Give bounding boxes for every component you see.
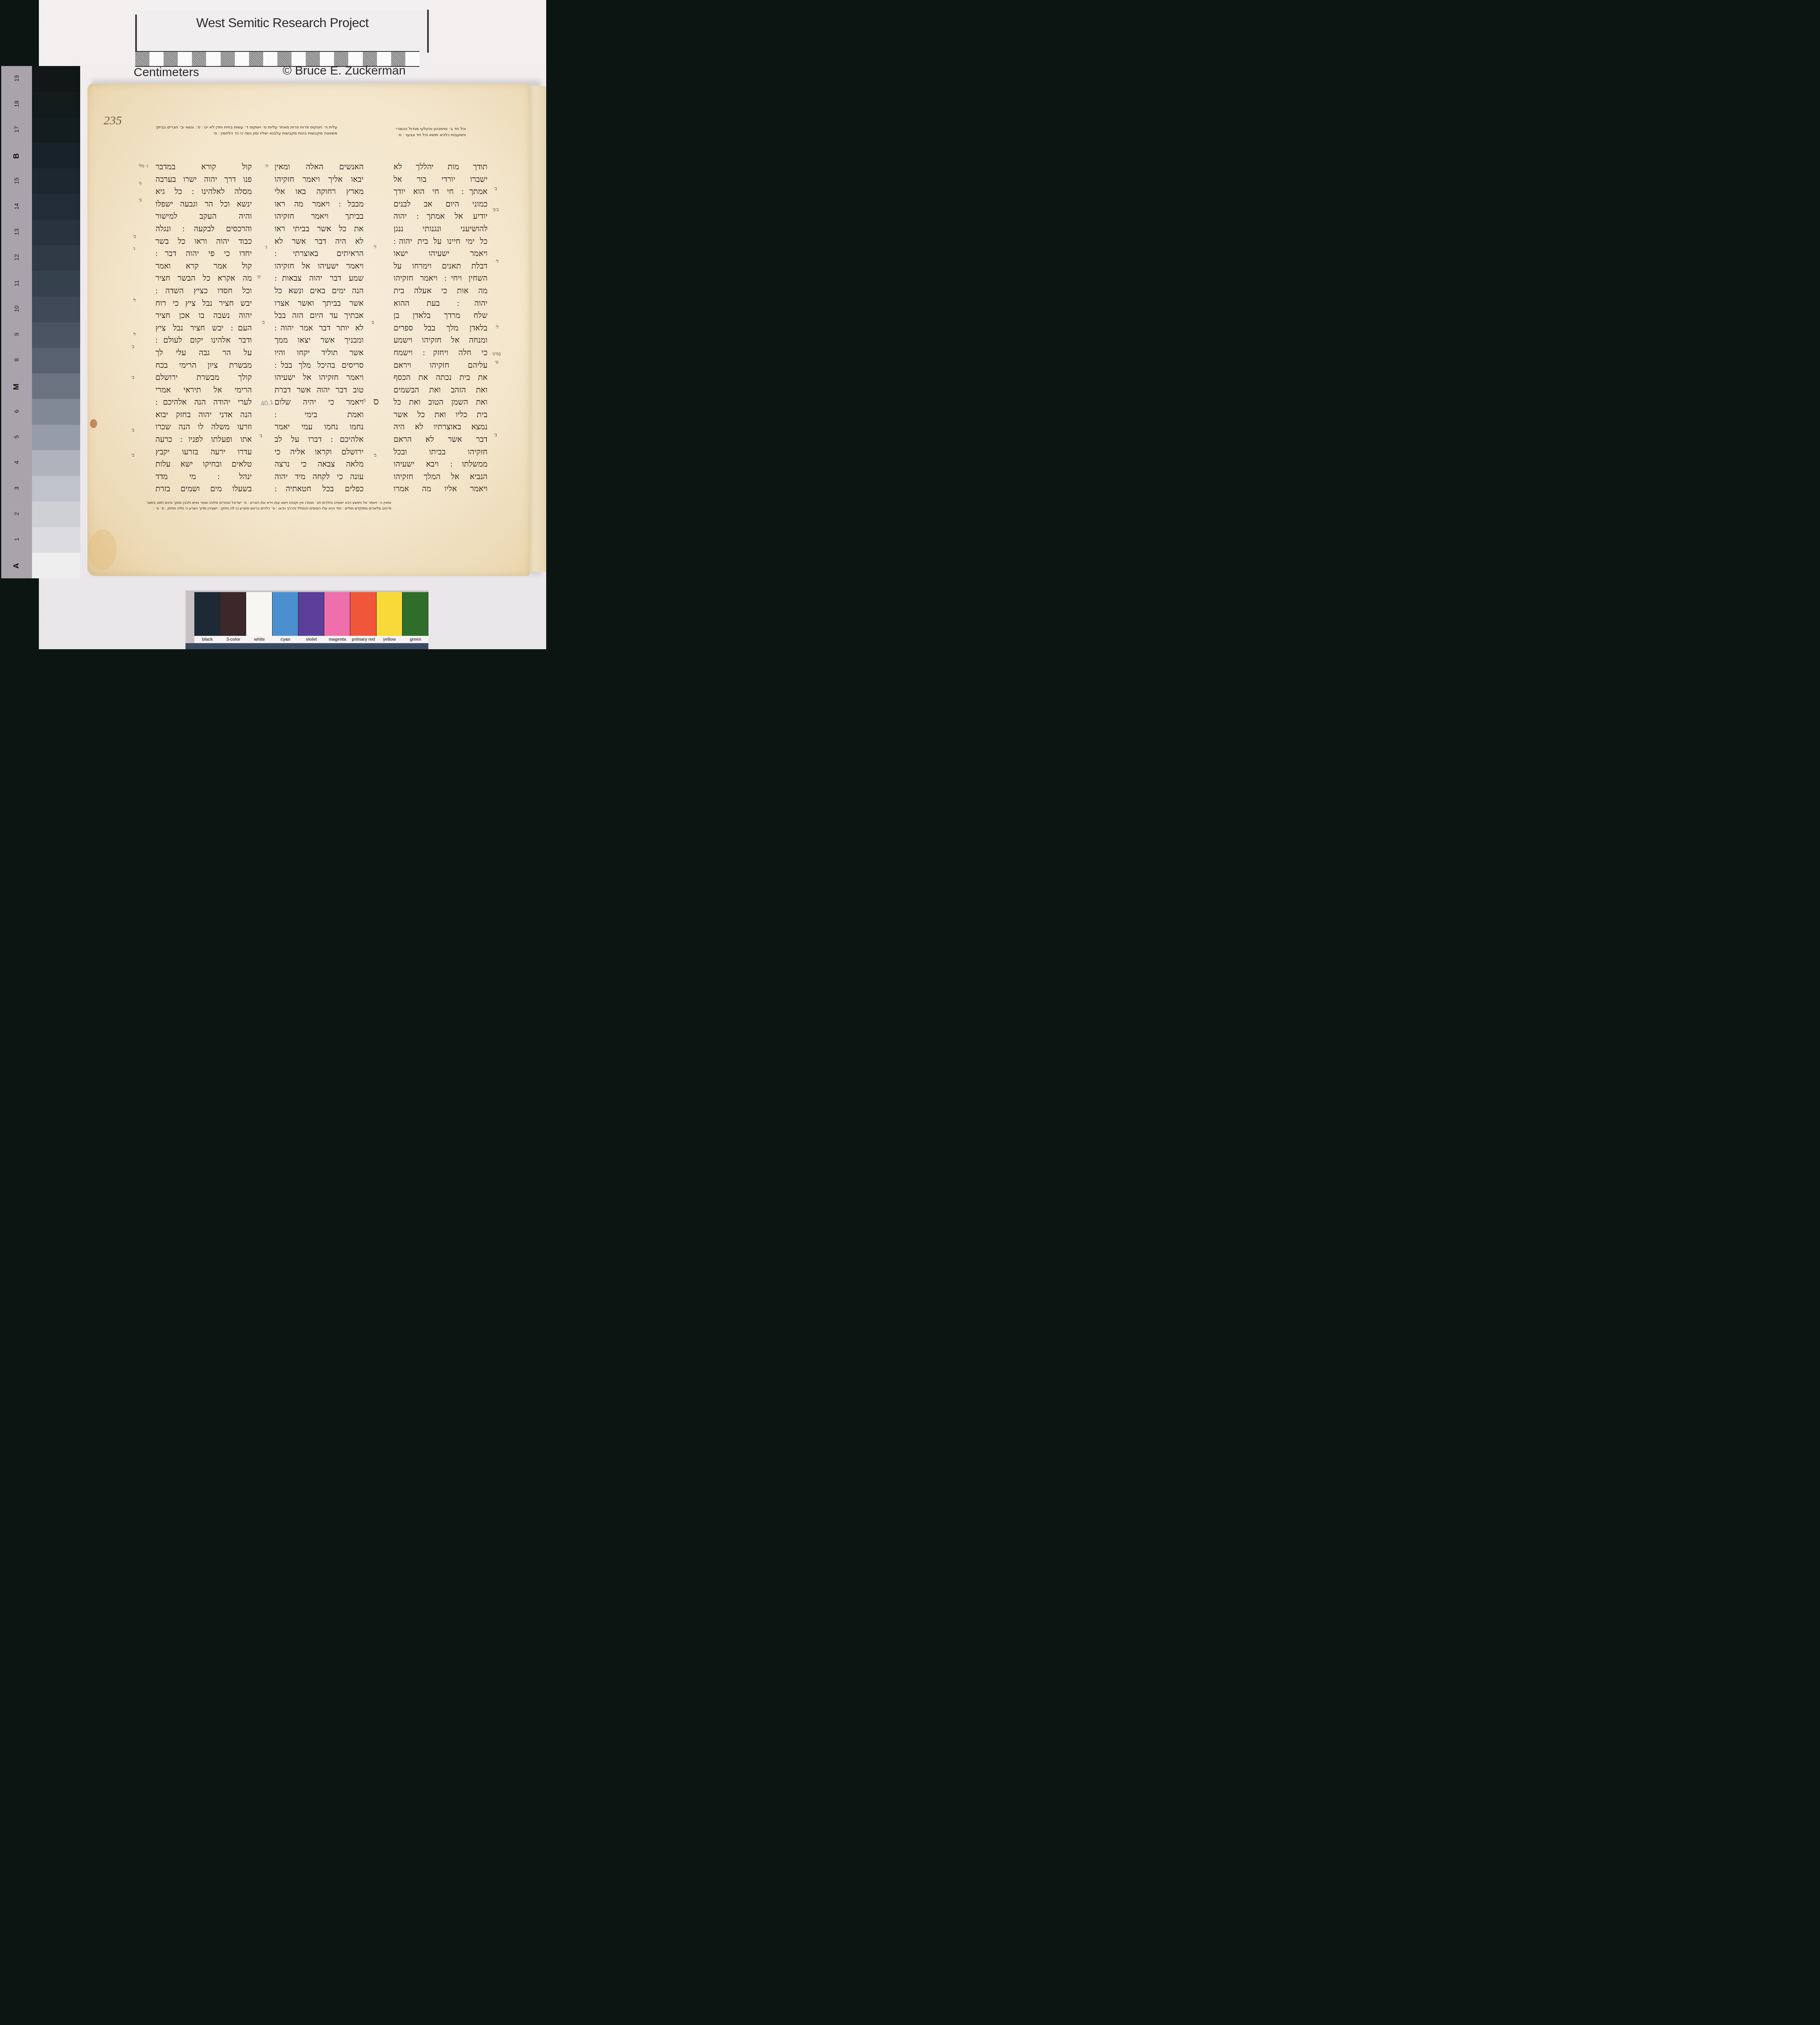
text-line: אשר בביתך ואשר אצרו (275, 297, 364, 310)
section-mark-samekh: ס (373, 396, 379, 407)
text-line: ויאמר אליו מה אמרו (394, 483, 487, 495)
color-swatch-green (402, 592, 428, 636)
grayscale-patch (32, 143, 80, 168)
text-line: מארץ רחוקה באו אלי (275, 185, 364, 198)
grayscale-patch (32, 271, 80, 296)
text-line: יחדו כי פי יהוה דבר ׃ (155, 247, 252, 260)
colorbar-base (185, 643, 428, 649)
text-line: בביתך ויאמר חזקיהו (275, 210, 364, 223)
text-column-middle: האנשים האלה ומאיןיבאו אליך ויאמר חזקיהומ… (275, 161, 364, 495)
text-line: את כל אשר בביתי ראו (275, 223, 364, 235)
grayscale-patch (32, 450, 80, 476)
text-line: כמוני היום אב לבנים (394, 198, 487, 211)
text-line: עונה כי לקחה מיד יהוה (275, 471, 364, 483)
marginal-mark: ב׳ (371, 320, 374, 325)
marginal-mark: ב׳ (494, 186, 497, 191)
grayscale-label: 8 (13, 345, 20, 375)
manuscript-page: 235 עלית ה׳ חטקוס פרות פרות מאחר עליות ס… (87, 84, 530, 576)
text-line: דבלת תאנים וימרחו על (394, 260, 487, 273)
color-swatch-primary-red (350, 592, 376, 636)
color-swatch-label: 3-color (220, 636, 246, 643)
text-line: בשעלו מים ושמים בזרת (155, 483, 252, 495)
marginal-mark: ל׳ (373, 244, 377, 249)
text-line: כי חלה ויחזק ׃ וישמח (394, 347, 487, 359)
text-line: ממשלתו ׃ ויבא ישעיהו (394, 458, 487, 471)
text-line: קול אמר קרא ואמר (155, 260, 252, 273)
text-line: לא היה דבר אשר לא (275, 235, 364, 248)
marginal-mark: ה׳ (265, 163, 268, 168)
color-swatch-label: yellow (377, 636, 402, 643)
text-line: ינשא וכל הר וגבעה ישפלו (155, 198, 252, 211)
grayscale-patch (32, 399, 80, 424)
text-line: ודבר אלהינו יקום לעולם ׃ (155, 334, 252, 347)
text-line: אשר תוליד יקחו והיו (275, 347, 364, 359)
text-line: עליהם חזקיהו ויראם (394, 359, 487, 372)
marginal-mark: יב׳ (257, 274, 261, 279)
text-line: מסלה לאלהינו ׃ כל גיא (155, 185, 252, 198)
text-line: בלאדן מלך בבל ספרים (394, 322, 487, 335)
marginal-mark: ב׳ (131, 344, 134, 349)
ruler-cell (192, 52, 206, 66)
text-line: ומנחה אל חזקיהו וישמע (394, 334, 487, 347)
color-swatches (194, 592, 428, 636)
grayscale-patch (32, 194, 80, 220)
text-line: הרימי אל תיראי אמרי (155, 384, 252, 396)
masora-line: עלית ה׳ חטקוס פרות פרות מאחר עליות ס׳ וי… (155, 124, 337, 130)
text-line: ירושלם וקראו אליה כי (275, 446, 364, 458)
text-column-left: קול קורא במדברפנו דרך יהוה ישרו בערבהמסל… (155, 161, 252, 495)
text-line: יבאו אליך ויאמר חזקיהו (275, 173, 364, 186)
marginal-mark: ל׳ (496, 259, 499, 264)
color-swatch-labels: black3-colorwhitecyanvioletmagentaprimar… (194, 636, 428, 643)
text-line: דבר אשר לא הראם (394, 433, 487, 446)
color-swatch-3-color (220, 592, 246, 636)
color-swatch-label: green (402, 636, 428, 643)
masora-line: וחמעבות כלגיא ימשא וכל חד וגבעוי ׃ ס׃ (396, 132, 466, 138)
marginal-mark: ג׳ (265, 244, 267, 249)
grayscale-patch (32, 527, 80, 553)
color-swatch-cyan (272, 592, 298, 636)
marginal-mark: ב׳ (131, 375, 134, 380)
text-line: יבש חציר נבל ציץ כי רוח (155, 297, 252, 310)
color-swatch-label: magenta (324, 636, 350, 643)
masora-line: ודיכוט מלאכים מתוקדש מולים ׃ וחד ויבא על… (147, 506, 391, 512)
grayscale-patch (32, 296, 80, 322)
grayscale-patch (32, 501, 80, 527)
text-line: מה אקרא כל הבשר חציר (155, 272, 252, 285)
text-line: בית כליו ואת כל אשר (394, 409, 487, 421)
marginal-mark: ב׳ (131, 427, 134, 433)
grayscale-patch (32, 92, 80, 117)
text-line: סריסים בהיכל מלך בבל ׃ (275, 359, 364, 372)
text-line: הנביא אל המלך חזקיהו (394, 471, 487, 483)
text-line: ישברו יורדי בור אל (394, 173, 487, 186)
text-line: הנה אדני יהוה בחזק יבוא (155, 409, 252, 421)
color-swatch-white (246, 592, 272, 636)
pencil-verse-note: 40,1 (260, 399, 274, 408)
grayscale-patch (32, 425, 80, 450)
text-line: הראיתים באוצרתי ׃ (275, 247, 364, 260)
text-line: נחמו נחמו עמי יאמר (275, 421, 364, 433)
text-line: עדרו ירעה בזרעו יקבץ (155, 446, 252, 458)
marginal-mark: ל׳ (138, 181, 142, 186)
ruler-title: West Semitic Research Project (134, 15, 431, 30)
stain (88, 529, 117, 570)
marginal-mark: ל׳ (496, 324, 499, 330)
marginal-mark: ב׳ (373, 452, 377, 458)
text-line: ויאמר ישעיהו ישאו (394, 247, 487, 260)
folio-number: 235 (104, 114, 122, 128)
text-line: ויאמר כי יהיה שלום (275, 396, 364, 409)
grayscale-target: 191817B15141312111098M654321A (1, 66, 80, 578)
text-line: וזרעו משלה לו הנה שכרו (155, 421, 252, 433)
text-line: הנה ימים באים ונשא כל (275, 285, 364, 297)
marginal-mark: ל׳ (363, 398, 366, 403)
grayscale-patch (32, 348, 80, 373)
text-line: שמע דבר יהוה צבאות ׃ (275, 272, 364, 285)
text-line: נמצא באוצרתיו לא היה (394, 421, 487, 433)
masora-line: וכל חד ב׳ וסימנהון והקלעי מגדול הגשורי (396, 126, 466, 132)
text-line: חזקיהו בביתו ובכל (394, 446, 487, 458)
copyright-notice: © Bruce E. Zuckerman (283, 64, 406, 78)
marginal-mark: ב׳ (262, 320, 265, 325)
text-line: את בית נכתה את הכסף (394, 371, 487, 384)
text-line: ואת השמן הטוב ואת כל (394, 396, 487, 409)
text-line: על הר גבה עלי לך (155, 347, 252, 359)
masora-top-left: עלית ה׳ חטקוס פרות פרות מאחר עליות ס׳ וי… (155, 124, 337, 136)
marginal-mark: ל׳ (133, 298, 136, 303)
grayscale-label: A (12, 550, 21, 581)
color-swatch-label: white (246, 636, 272, 643)
text-line: תודך מות יהללך לא (394, 161, 487, 173)
marginal-mark: ג׳ מל׳ (138, 163, 148, 168)
text-line: לערי יהודה הנה אלהיכם ׃ (155, 396, 252, 409)
text-line: כבוד יהוה וראו כל בשר (155, 235, 252, 248)
marginal-mark: ב׳ (133, 234, 136, 239)
ruler-unit-label: Centimeters (134, 66, 199, 79)
marginal-mark: ב׳ (494, 432, 497, 437)
grayscale-patch (32, 168, 80, 194)
ruler-cell (149, 52, 164, 66)
color-swatch-label: cyan (272, 636, 298, 643)
ruler-cell (206, 52, 220, 66)
ruler-cell (263, 52, 277, 66)
ruler-cell (135, 52, 149, 66)
text-line: והיה העקב למישור (155, 210, 252, 223)
text-line: ויאמר חזקיהו אל ישעיהו (275, 371, 364, 384)
text-line: לא יותר דבר אמר יהוה ׃ (275, 322, 364, 335)
text-line: יודיע אל אמתך ׃ יהוה (394, 210, 487, 223)
color-swatch-black (194, 592, 220, 636)
text-line: אמתך ׃ חי חי הוא יודך (394, 185, 487, 198)
grayscale-patch (32, 322, 80, 348)
ruler-cell (178, 52, 192, 66)
grayscale-patch (32, 373, 80, 399)
text-line: כפלים בכל חטאתיה ׃ (275, 483, 364, 495)
text-line: מבבל ׃ ויאמר מה ראו (275, 198, 364, 211)
grayscale-patch (32, 553, 80, 578)
text-line: ינהל ׃ מי מדד (155, 471, 252, 483)
text-line: ואת הזהב ואת הבשמים (394, 384, 487, 396)
grayscale-patch (32, 245, 80, 271)
text-line: טלאים ובחיקו ישא עלות (155, 458, 252, 471)
text-line: כל ימי חיינו על בית יהוה ׃ (394, 235, 487, 248)
ruler-cell (235, 52, 249, 66)
marginal-mark: במינו (492, 351, 501, 356)
color-swatch-yellow (377, 592, 402, 636)
grayscale-patch (32, 66, 80, 92)
masora-line: ומאין ה׳ ויאמר אל וחושע ויבא ישעיהו והלכ… (147, 500, 391, 506)
marginal-mark: ב׳ (131, 452, 134, 458)
text-line: שלח מרדך בלאדן בן (394, 309, 487, 322)
text-line: ואמת בימי ׃ (275, 409, 364, 421)
text-line: השחין ויחי ׃ ויאמר חזקיהו (394, 272, 487, 285)
masora-line: משפטה מקבשות בינות מקבשות עלבנא ישליו ומ… (155, 130, 337, 136)
ruler-cell (221, 52, 235, 66)
text-line: מלאה צבאה כי נרצה (275, 458, 364, 471)
text-line: להושיעני ונגנותי ננגן (394, 223, 487, 235)
grayscale-patch (32, 220, 80, 245)
text-line: מה אות כי אעלה בית (394, 285, 487, 297)
marginal-mark: ט׳ (495, 359, 498, 364)
text-line: ומבניך אשר יצאו ממך (275, 334, 364, 347)
text-line: קול קורא במדבר (155, 161, 252, 173)
color-swatch-magenta (324, 592, 350, 636)
marginal-mark: ב׳ (259, 433, 262, 438)
color-swatch-label: black (194, 636, 220, 643)
color-swatch-label: violet (298, 636, 324, 643)
ruler-card: West Semitic Research Project Centimeter… (134, 10, 431, 73)
marginal-mark: ב׳ב׳ (492, 207, 499, 212)
color-swatch-label: primary red (350, 636, 376, 643)
text-line: אלהיכם ׃ דברו על לב (275, 433, 364, 446)
masora-top-right: וכל חד ב׳ וסימנהון והקלעי מגדול הגשורי ו… (396, 126, 466, 138)
text-line: יהוה נשבה בו אכן חציר (155, 309, 252, 322)
text-line: קולך מבשרת ירושלם (155, 371, 252, 384)
text-line: פנו דרך יהוה ישרו בערבה (155, 173, 252, 186)
text-line: יהוה ׃ בעת ההוא (394, 297, 487, 310)
grayscale-patch (32, 117, 80, 143)
text-line: והרכסים לבקעה ׃ ונגלה (155, 223, 252, 235)
color-calibration-bar: black3-colorwhitecyanvioletmagentaprimar… (185, 590, 428, 649)
text-line: ויאמר ישעיהו אל חזקיהו (275, 260, 364, 273)
grayscale-patch (32, 476, 80, 501)
text-line: מבשרת ציון הרימי בכח (155, 359, 252, 372)
text-line: אתו ופעלתו לפניו ׃ כרעה (155, 433, 252, 446)
grayscale-labels: 191817B15141312111098M654321A (1, 66, 32, 578)
marginal-mark: ב׳ (138, 197, 142, 202)
text-line: אבתיך עד היום הזה בבל (275, 309, 364, 322)
ruler-cell (405, 52, 419, 66)
marginal-mark: ג׳ (133, 246, 135, 251)
masora-bottom: ומאין ה׳ ויאמר אל וחושע ויבא ישעיהו והלכ… (147, 500, 391, 512)
ruler-cell (249, 52, 263, 66)
color-swatch-violet (298, 592, 324, 636)
text-line: העם ׃ יבש חציר נבל ציץ (155, 322, 252, 335)
text-line: וכל חסדו כציץ השדה ׃ (155, 285, 252, 297)
text-line: טוב דבר יהוה אשר דברת (275, 384, 364, 396)
ruler-cell (164, 52, 178, 66)
text-line: האנשים האלה ומאין (275, 161, 364, 173)
text-column-right: תודך מות יהללך לאישברו יורדי בור אלאמתך … (394, 161, 487, 495)
grayscale-patches (32, 66, 80, 578)
marginal-mark: ל׳ (133, 332, 136, 337)
stain (90, 419, 97, 428)
